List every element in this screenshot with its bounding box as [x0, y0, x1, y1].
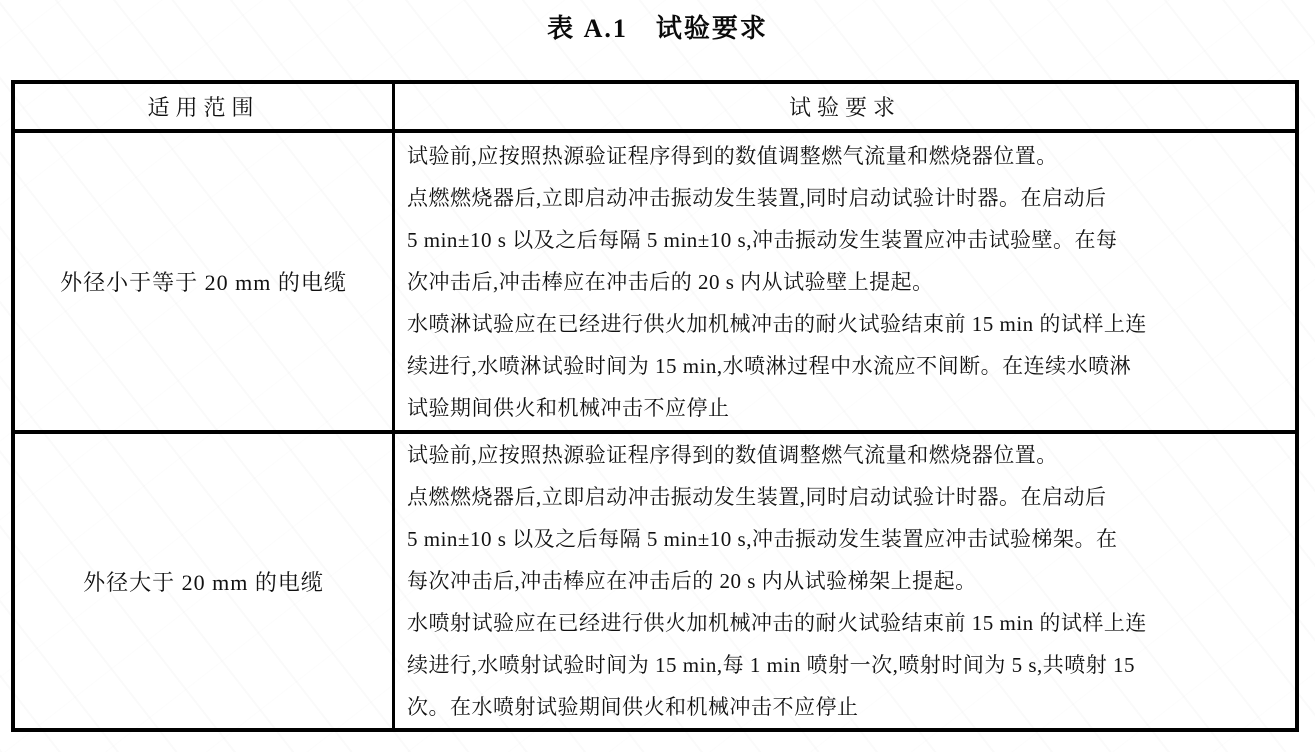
- table-title: 表 A.1 试验要求: [0, 8, 1315, 45]
- table-header-row: 适用范围 试验要求: [15, 84, 1295, 133]
- header-cell-requirements: 试验要求: [395, 84, 1295, 129]
- requirement-line: 水喷淋试验应在已经进行供火加机械冲击的耐火试验结束前 15 min 的试样上连: [407, 303, 1285, 345]
- requirement-line: 试验前,应按照热源验证程序得到的数值调整燃气流量和燃烧器位置。: [407, 135, 1285, 177]
- header-cell-scope: 适用范围: [15, 84, 395, 129]
- table-row-large-diameter: 外径大于 20 mm 的电缆 试验前,应按照热源验证程序得到的数值调整燃气流量和…: [15, 434, 1295, 728]
- scope-text: 外径小于等于 20 mm 的电缆: [60, 266, 347, 297]
- requirement-line: 次。在水喷射试验期间供火和机械冲击不应停止: [407, 686, 1285, 728]
- requirement-line: 点燃燃烧器后,立即启动冲击振动发生装置,同时启动试验计时器。在启动后: [407, 177, 1285, 219]
- requirements-table: 适用范围 试验要求 外径小于等于 20 mm 的电缆 试验前,应按照热源验证程序…: [11, 80, 1299, 732]
- requirement-line: 试验前,应按照热源验证程序得到的数值调整燃气流量和燃烧器位置。: [407, 434, 1285, 476]
- table-row-small-diameter: 外径小于等于 20 mm 的电缆 试验前,应按照热源验证程序得到的数值调整燃气流…: [15, 133, 1295, 434]
- requirement-line: 次冲击后,冲击棒应在冲击后的 20 s 内从试验壁上提起。: [407, 261, 1285, 303]
- requirements-cell: 试验前,应按照热源验证程序得到的数值调整燃气流量和燃烧器位置。点燃燃烧器后,立即…: [395, 434, 1295, 728]
- requirement-line: 5 min±10 s 以及之后每隔 5 min±10 s,冲击振动发生装置应冲击…: [407, 219, 1285, 261]
- scope-text: 外径大于 20 mm 的电缆: [83, 566, 324, 597]
- scope-cell: 外径大于 20 mm 的电缆: [15, 434, 395, 728]
- requirement-line: 5 min±10 s 以及之后每隔 5 min±10 s,冲击振动发生装置应冲击…: [407, 518, 1285, 560]
- requirement-line: 水喷射试验应在已经进行供火加机械冲击的耐火试验结束前 15 min 的试样上连: [407, 602, 1285, 644]
- requirement-line: 每次冲击后,冲击棒应在冲击后的 20 s 内从试验梯架上提起。: [407, 560, 1285, 602]
- requirement-line: 点燃燃烧器后,立即启动冲击振动发生装置,同时启动试验计时器。在启动后: [407, 476, 1285, 518]
- requirement-line: 续进行,水喷淋试验时间为 15 min,水喷淋过程中水流应不间断。在连续水喷淋: [407, 345, 1285, 387]
- requirement-line: 续进行,水喷射试验时间为 15 min,每 1 min 喷射一次,喷射时间为 5…: [407, 644, 1285, 686]
- requirements-cell: 试验前,应按照热源验证程序得到的数值调整燃气流量和燃烧器位置。点燃燃烧器后,立即…: [395, 133, 1295, 430]
- scope-cell: 外径小于等于 20 mm 的电缆: [15, 133, 395, 430]
- requirement-line: 试验期间供火和机械冲击不应停止: [407, 387, 1285, 429]
